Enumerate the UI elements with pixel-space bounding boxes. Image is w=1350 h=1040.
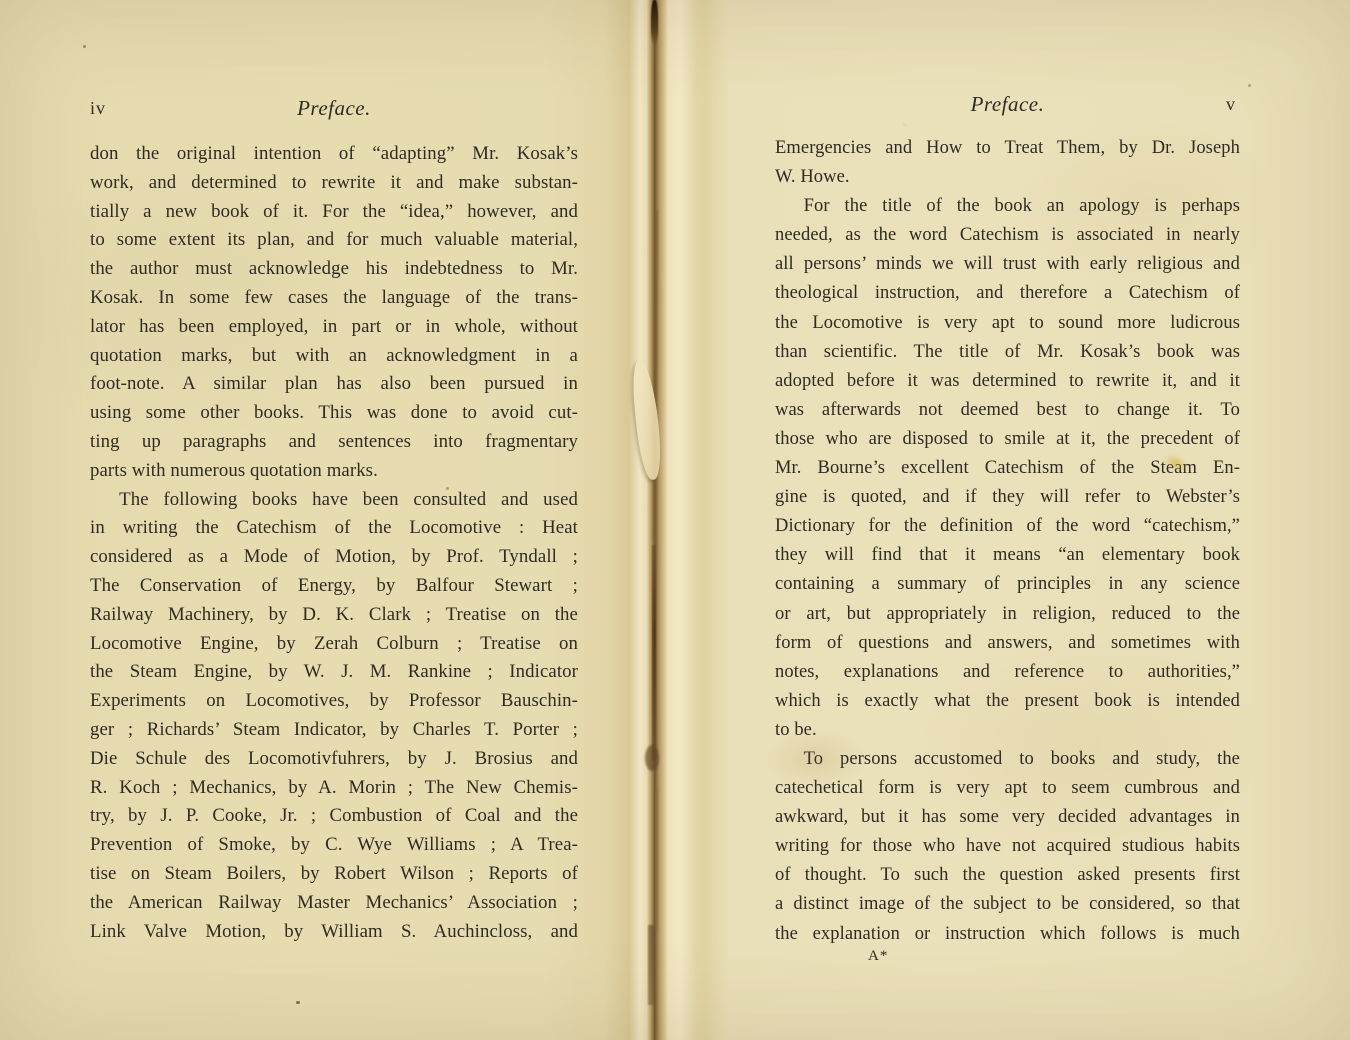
text-line: the author must acknowledge his indebted…: [90, 255, 578, 284]
text-line: don the original intention of “adapting”…: [90, 140, 578, 169]
text-line: For the title of the book an apology is …: [775, 192, 1240, 221]
page-body-right: Emergencies and How to Treat Them, by Dr…: [775, 134, 1240, 949]
text-line: quotation marks, but with an acknowledgm…: [90, 342, 578, 371]
text-line: all persons’ minds we will trust with ea…: [775, 250, 1240, 279]
text-line: tially a new book of it. For the “idea,”…: [90, 198, 578, 227]
text-line: writing for those who have not acquired …: [775, 832, 1240, 861]
text-line: try, by J. P. Cooke, Jr. ; Combustion of…: [90, 802, 578, 831]
text-line: The following books have been consulted …: [90, 486, 578, 515]
running-head-left: Preface.: [90, 96, 578, 121]
text-line: Dictionary for the definition of the wor…: [775, 512, 1240, 541]
page-number-right: v: [1226, 94, 1236, 115]
signature-mark: A*: [868, 948, 888, 965]
spine-crack-middle: [652, 545, 656, 760]
spine-crease-line: [653, 210, 658, 540]
spine-dark-spot: [645, 745, 659, 771]
text-line: Link Valve Motion, by William S. Auchinc…: [90, 918, 578, 947]
text-line: the Steam Engine, by W. J. M. Rankine ; …: [90, 658, 578, 687]
text-line: Prevention of Smoke, by C. Wye Williams …: [90, 831, 578, 860]
text-line: Mr. Bourne’s excellent Catechism of the …: [775, 454, 1240, 483]
text-line: the American Railway Master Mechanics’ A…: [90, 889, 578, 918]
text-line: awkward, but it has some very decided ad…: [775, 803, 1240, 832]
text-line: or art, but appropriately in religion, r…: [775, 600, 1240, 629]
text-line: Experiments on Locomotives, by Professor…: [90, 687, 578, 716]
page-header-right: Preface. v: [775, 92, 1240, 122]
text-line: W. Howe.: [775, 163, 1240, 192]
text-line: Kosak. In some few cases the language of…: [90, 284, 578, 313]
text-line: work, and determined to rewrite it and m…: [90, 169, 578, 198]
book-spread: iv Preface. don the original intention o…: [0, 0, 1350, 1040]
text-line: containing a summary of principles in an…: [775, 570, 1240, 599]
page-body-left: don the original intention of “adapting”…: [90, 140, 578, 946]
text-line: was afterwards not deemed best to change…: [775, 396, 1240, 425]
text-line: those who are disposed to smile at it, t…: [775, 425, 1240, 454]
text-line: than scientific. The title of Mr. Kosak’…: [775, 338, 1240, 367]
text-line: in writing the Catechism of the Locomoti…: [90, 514, 578, 543]
text-line: to be.: [775, 716, 1240, 745]
text-line: Emergencies and How to Treat Them, by Dr…: [775, 134, 1240, 163]
text-line: gine is quoted, and if they will refer t…: [775, 483, 1240, 512]
page-header-left: iv Preface.: [90, 96, 578, 126]
paper-speck: [296, 1001, 300, 1004]
text-line: considered as a Mode of Motion, by Prof.…: [90, 543, 578, 572]
text-line: which is exactly what the present book i…: [775, 687, 1240, 716]
spine-crack-top: [651, 0, 658, 46]
text-line: the Locomotive is very apt to sound more…: [775, 309, 1240, 338]
text-line: notes, explanations and reference to aut…: [775, 658, 1240, 687]
text-line: lator has been employed, in part or in w…: [90, 313, 578, 342]
text-line: Die Schule des Locomotivfuhrers, by J. B…: [90, 745, 578, 774]
text-line: they will find that it means “an element…: [775, 541, 1240, 570]
text-line: of thought. To such the question asked p…: [775, 861, 1240, 890]
text-line: theological instruction, and therefore a…: [775, 279, 1240, 308]
page-number-left: iv: [90, 98, 106, 119]
text-line: ting up paragraphs and sentences into fr…: [90, 428, 578, 457]
text-line: To persons accustomed to books and study…: [775, 745, 1240, 774]
text-line: form of questions and answers, and somet…: [775, 629, 1240, 658]
text-line: the explanation or instruction which fol…: [775, 920, 1240, 949]
spine-crease-lower: [655, 790, 658, 930]
text-line: a distinct image of the subject to be co…: [775, 890, 1240, 919]
text-line: Railway Machinery, by D. K. Clark ; Trea…: [90, 601, 578, 630]
text-line: using some other books. This was done to…: [90, 399, 578, 428]
text-line: adopted before it was determined to rewr…: [775, 367, 1240, 396]
spine-crack-bottom: [648, 925, 654, 1005]
paper-speck: [83, 45, 86, 48]
spine-torn-paper: [630, 359, 664, 481]
text-line: tise on Steam Boilers, by Robert Wilson …: [90, 860, 578, 889]
paper-speck: [1248, 84, 1251, 87]
text-line: catechetical form is very apt to seem cu…: [775, 774, 1240, 803]
text-line: foot-note. A similar plan has also been …: [90, 370, 578, 399]
text-line: needed, as the word Catechism is associa…: [775, 221, 1240, 250]
text-line: Locomotive Engine, by Zerah Colburn ; Tr…: [90, 630, 578, 659]
text-line: The Conservation of Energy, by Balfour S…: [90, 572, 578, 601]
running-head-right: Preface.: [775, 92, 1240, 117]
text-line: parts with numerous quotation marks.: [90, 457, 578, 486]
text-line: to some extent its plan, and for much va…: [90, 226, 578, 255]
text-line: R. Koch ; Mechanics, by A. Morin ; The N…: [90, 774, 578, 803]
text-line: ger ; Richards’ Steam Indicator, by Char…: [90, 716, 578, 745]
